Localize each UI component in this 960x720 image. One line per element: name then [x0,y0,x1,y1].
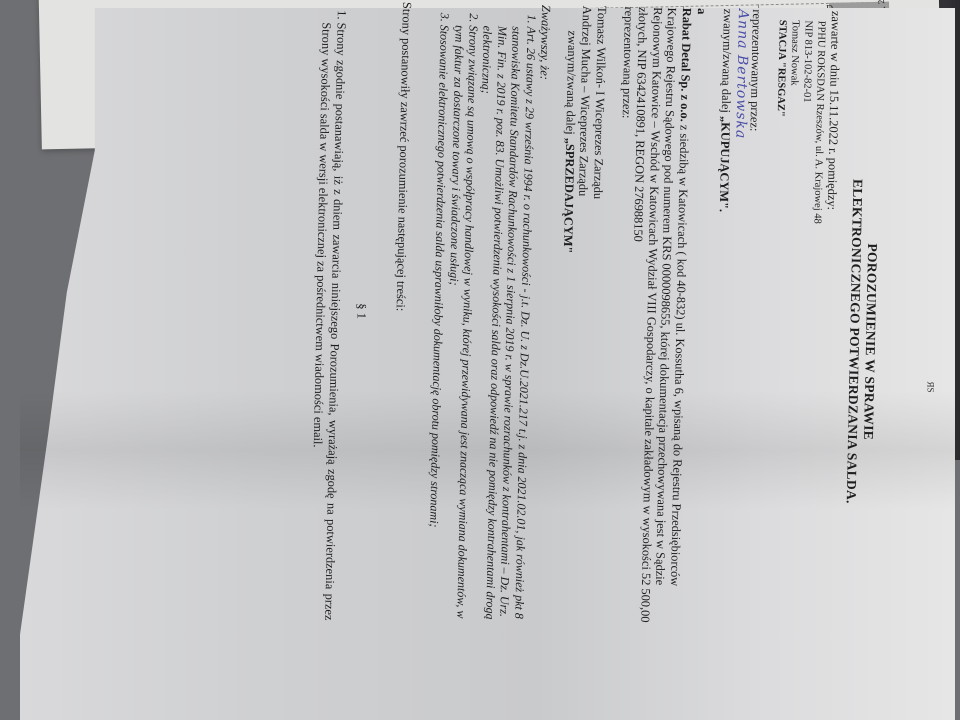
buyer-role: „KUPUJĄCYM". [717,116,733,212]
seller-company: Rabat Detal Sp. z o.o. [678,8,694,122]
called-label: zwanym/zwaną dalej [563,30,579,138]
seller-role: „SPRZEDAJĄCYM" [561,138,577,254]
called-label: zwanym/zwaną dalej [719,9,735,117]
corner-note: ЯS [926,381,936,392]
recitals-list: Art. 26 ustawy z 29 września 1994 r. o r… [425,3,539,625]
agreement-document: POROZUMIENIE W SPRAWIE ELEKTRONICZNEGO P… [112,0,885,632]
